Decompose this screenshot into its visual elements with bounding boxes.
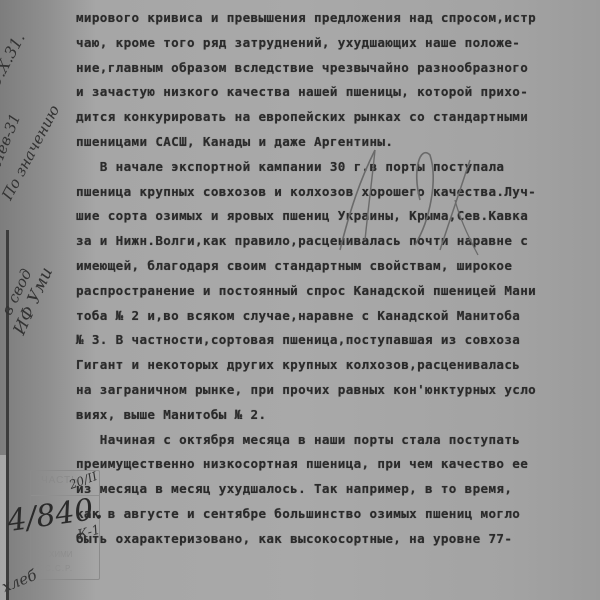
text-line: тоба № 2 и,во всяком случае,наравне с Ка… [76,304,600,329]
handwritten-center-mark [320,140,480,264]
text-line: быть охарактеризовано, как высокосортные… [76,527,600,552]
text-line: распространение и постоянный спрос Канад… [76,279,600,304]
pencil-scribble-icon [320,140,480,260]
handwritten-margin-note: 9.Х.31. [0,30,29,89]
text-line: Гигант и некоторых других крупных колхоз… [76,353,600,378]
typewritten-text-body: мирового кривиса и превышения предложени… [76,6,600,552]
stamp-line: С.С.С.Р. [35,564,73,573]
text-line: как в августе и сентябре большинство ози… [76,502,600,527]
text-line: и зачастую низкого качества нашей пшениц… [76,80,600,105]
text-line: виях, выше Манитобы № 2. [76,403,600,428]
scanned-document-page: мирового кривиса и превышения предложени… [0,0,600,600]
stamp-line: ХИМИ [49,550,73,559]
text-line: № 3. В частности,сортовая пшеница,поступ… [76,328,600,353]
text-line: из месяца в месяц ухудшалось. Так наприм… [76,477,600,502]
text-line: преимущественно низкосортная пшеница, пр… [76,452,600,477]
text-line: дится конкурировать на европейских рынка… [76,105,600,130]
text-line: Начиная с октября месяца в наши порты ст… [76,428,600,453]
text-line: на заграничном рынке, при прочих равных … [76,378,600,403]
text-line: ние,главным образом вследствие чрезвычай… [76,56,600,81]
text-line: мирового кривиса и превышения предложени… [76,6,600,31]
text-line: чаю, кроме того ряд затруднений, ухудшаю… [76,31,600,56]
